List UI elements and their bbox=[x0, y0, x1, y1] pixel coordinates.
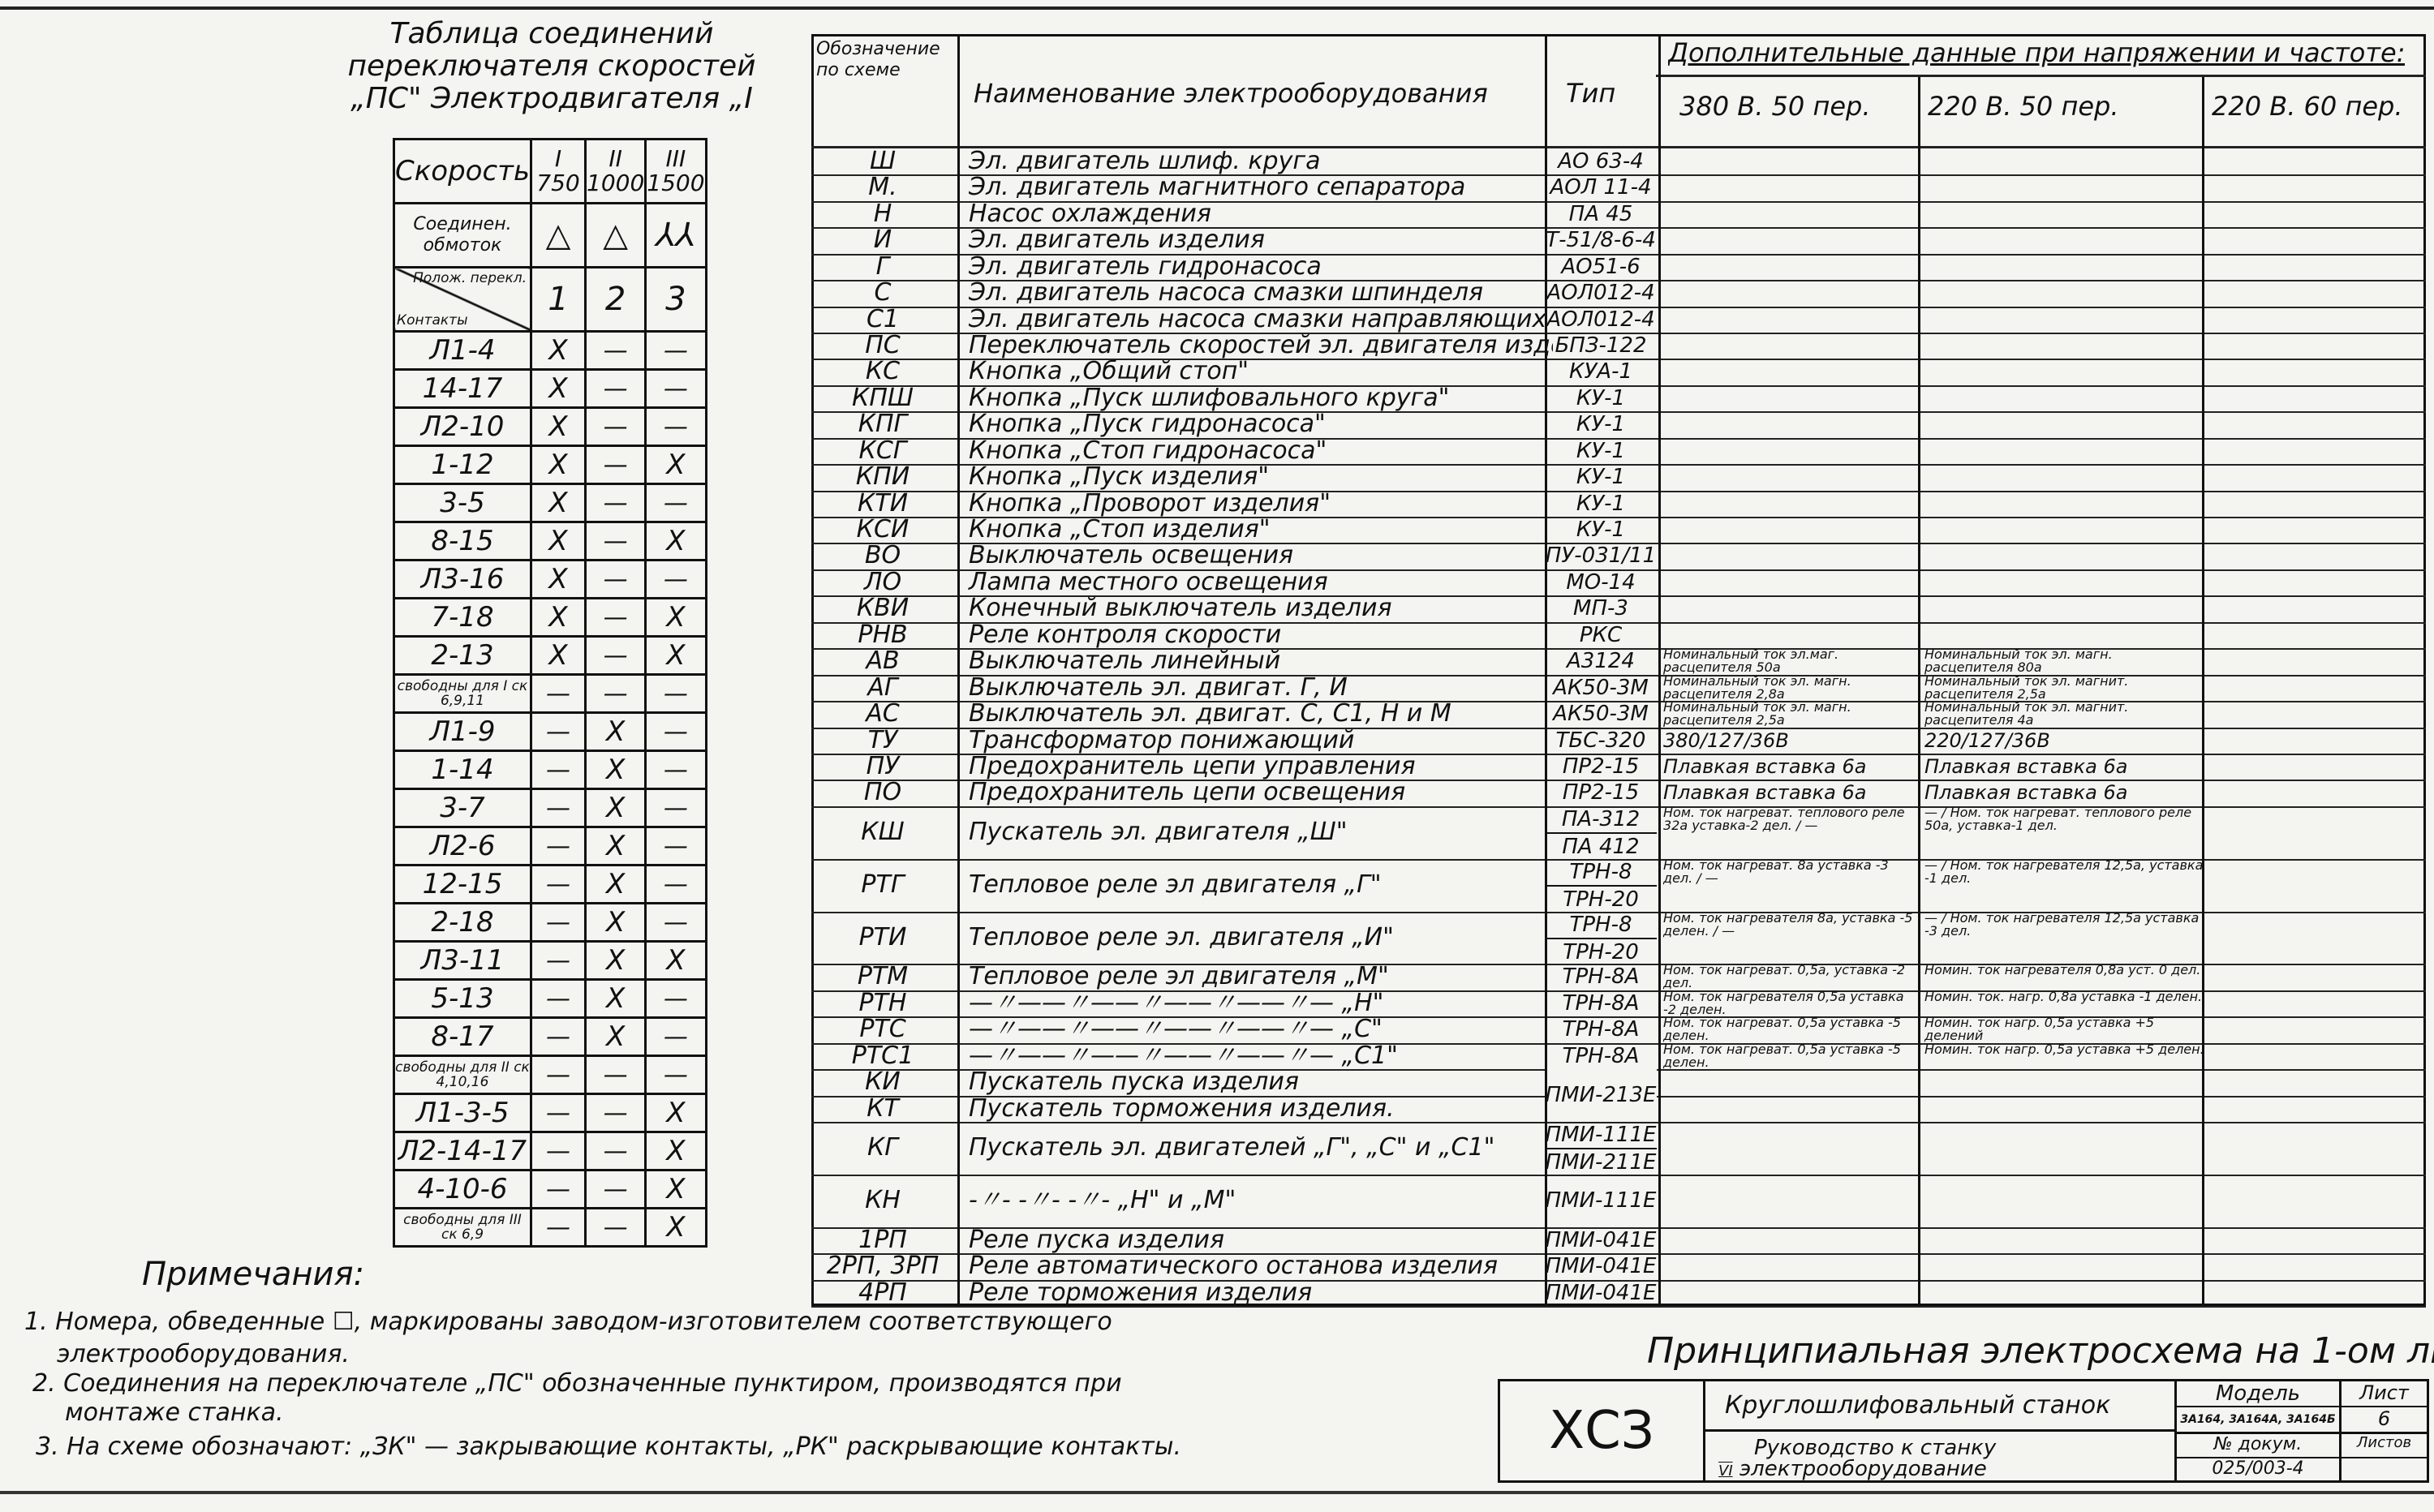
switch-table-title: Таблица соединений переключателя скорост… bbox=[325, 18, 779, 115]
contact-state: X bbox=[531, 599, 586, 637]
section-title: электрооборудование bbox=[1739, 1457, 1987, 1481]
doc-number: 025/003-4 bbox=[2177, 1458, 2339, 1480]
contact-pair: 4-10-6 bbox=[394, 1171, 531, 1209]
contact-state: — bbox=[646, 675, 706, 713]
equipment-type: ПМИ-041Е bbox=[1545, 1253, 1657, 1279]
contacts-label: Контакты bbox=[397, 312, 468, 329]
winding-label: Соединен. обмоток bbox=[394, 204, 531, 268]
equipment-type: ПМИ-041Е bbox=[1545, 1280, 1657, 1306]
contact-row: 3-7—X— bbox=[394, 789, 707, 827]
designation: ВО bbox=[811, 543, 954, 569]
contact-row: 14-17X—— bbox=[394, 370, 707, 408]
contact-row: 7-18X—X bbox=[394, 599, 707, 637]
title-line: Таблица соединений bbox=[325, 18, 779, 50]
equipment-name: Реле пуска изделия bbox=[959, 1227, 1553, 1253]
designation: РТИ bbox=[811, 912, 954, 964]
header-220-50: 220 В. 50 пер. bbox=[1928, 91, 2119, 122]
equipment-type: ПМИ-111Е bbox=[1545, 1175, 1657, 1227]
contact-state: — bbox=[646, 866, 706, 904]
designation: КШ bbox=[811, 806, 954, 859]
equipment-type: ПМИ-111Е bbox=[1545, 1122, 1657, 1148]
note-item: 3. На схеме обозначают: „ЗК" — закрывающ… bbox=[36, 1433, 1181, 1461]
designation: РТГ bbox=[811, 859, 954, 912]
contact-state: — bbox=[531, 751, 586, 789]
equipment-name: Пускатель эл. двигателей „Г", „С" и „С1" bbox=[959, 1122, 1553, 1175]
model-value: 3А164, 3А164А, 3А164Б bbox=[2177, 1407, 2339, 1434]
contact-row: свободны для III ск 6,9——X bbox=[394, 1209, 707, 1247]
contact-state: — bbox=[531, 1056, 586, 1094]
designation: КСГ bbox=[811, 438, 954, 464]
contact-state: — bbox=[586, 1209, 646, 1247]
contact-pair: 2-18 bbox=[394, 904, 531, 942]
equipment-name: Насос охлаждения bbox=[959, 201, 1553, 227]
switch-position: 1 bbox=[531, 268, 586, 332]
speed-cell: I750 bbox=[531, 140, 586, 204]
contact-state: — bbox=[646, 713, 706, 751]
contact-row: Л1-4X—— bbox=[394, 332, 707, 370]
equipment-type: ПА 412 bbox=[1545, 832, 1657, 860]
sheet-label: Лист bbox=[2342, 1381, 2427, 1407]
contact-state: — bbox=[646, 332, 706, 370]
equipment-type: АОЛ012-4 bbox=[1545, 280, 1657, 306]
speed-rpm: 750 bbox=[532, 171, 584, 195]
contact-state: — bbox=[531, 1209, 586, 1247]
contact-pair: 8-17 bbox=[394, 1018, 531, 1056]
drawing-sheet: Таблица соединений переключателя скорост… bbox=[0, 0, 2434, 1512]
designation: КПГ bbox=[811, 411, 954, 437]
equipment-name: Выключатель эл. двигат. С, С1, Н и М bbox=[959, 701, 1553, 727]
column-divider bbox=[1658, 34, 1661, 1306]
data-380v-50hz: Плавкая вставка 6а bbox=[1660, 780, 1916, 805]
data-220v-50hz: Номин. ток нагр. 0,5а уставка +5 делений bbox=[1921, 1016, 2205, 1042]
equipment-type: ТРН-8А bbox=[1545, 1016, 1657, 1042]
data-220v-50hz: Номин. ток нагревателя 0,8а уст. 0 дел. bbox=[1921, 964, 2205, 990]
data-380v-50hz: Плавкая вставка 6а bbox=[1660, 754, 1916, 780]
contact-state: X bbox=[531, 522, 586, 561]
title-line: переключателя скоростей bbox=[325, 50, 779, 83]
speed-label: Скорость bbox=[394, 140, 531, 204]
winding-symbol: ⅄⅄ bbox=[646, 204, 706, 268]
equipment-name: Кнопка „Стоп изделия" bbox=[959, 517, 1553, 543]
equipment-name: Переключатель скоростей эл. двигателя из… bbox=[959, 333, 1553, 359]
equipment-type: КУА-1 bbox=[1545, 359, 1657, 384]
contact-pair: 1-14 bbox=[394, 751, 531, 789]
equipment-name: —〃——〃——〃——〃——〃— „С1" bbox=[959, 1043, 1553, 1069]
contact-row: Л3-11—XX bbox=[394, 942, 707, 980]
note-item: 1. Номера, обведенные ☐, маркированы зав… bbox=[24, 1308, 1112, 1336]
equipment-name: Трансформатор понижающий bbox=[959, 728, 1553, 754]
designation: КТ bbox=[811, 1096, 954, 1122]
equipment-name: -〃- -〃- -〃- „Н" и „М" bbox=[959, 1175, 1553, 1227]
equipment-type: КУ-1 bbox=[1545, 464, 1657, 490]
note-item: монтаже станка. bbox=[65, 1398, 284, 1427]
contact-row: 1-12X—X bbox=[394, 446, 707, 484]
contact-state: — bbox=[646, 980, 706, 1018]
designation: РНВ bbox=[811, 622, 954, 648]
contact-state: X bbox=[586, 751, 646, 789]
data-220v-50hz: Номин. ток нагр. 0,5а уставка +5 делен. bbox=[1921, 1043, 2205, 1069]
contact-state: — bbox=[586, 446, 646, 484]
equipment-name: Эл. двигатель изделия bbox=[959, 227, 1553, 253]
contact-state: — bbox=[531, 675, 586, 713]
equipment-name: Выключатель эл. двигат. Г, И bbox=[959, 675, 1553, 701]
contact-row: Л3-16X—— bbox=[394, 561, 707, 599]
designation: ПО bbox=[811, 780, 954, 805]
contact-state: X bbox=[586, 866, 646, 904]
sheets-label: Листов bbox=[2342, 1434, 2427, 1458]
contact-row: Л2-6—X— bbox=[394, 827, 707, 866]
equipment-name: Кнопка „Общий стоп" bbox=[959, 359, 1553, 384]
contact-state: — bbox=[646, 751, 706, 789]
contact-row: 12-15—X— bbox=[394, 866, 707, 904]
equipment-type: АК50-3М bbox=[1545, 701, 1657, 727]
contact-state: — bbox=[531, 942, 586, 980]
contact-row: 8-15X—X bbox=[394, 522, 707, 561]
contact-state: — bbox=[646, 408, 706, 446]
equipment-name: Предохранитель цепи управления bbox=[959, 754, 1553, 780]
designation: РТС bbox=[811, 1016, 954, 1042]
contact-state: — bbox=[586, 370, 646, 408]
speed-cell: III1500 bbox=[646, 140, 706, 204]
contact-state: — bbox=[646, 561, 706, 599]
data-220v-50hz: Номинальный ток эл. магнит. расцепителя … bbox=[1921, 675, 2205, 701]
section-numeral: VI bbox=[1718, 1463, 1733, 1480]
contact-state: — bbox=[646, 904, 706, 942]
contact-state: — bbox=[646, 484, 706, 522]
equipment-name: —〃——〃——〃——〃——〃— „Н" bbox=[959, 990, 1553, 1016]
equipment-type: ТРН-8 bbox=[1545, 912, 1657, 938]
equipment-name: Предохранитель цепи освещения bbox=[959, 780, 1553, 805]
title-line: „ПС" Электродвигателя „I bbox=[325, 83, 779, 115]
designation: ЛО bbox=[811, 569, 954, 595]
equipment-name: Реле торможения изделия bbox=[959, 1280, 1553, 1306]
equipment-name: Реле контроля скорости bbox=[959, 622, 1553, 648]
contact-pair: Л1-9 bbox=[394, 713, 531, 751]
contact-row: 5-13—X— bbox=[394, 980, 707, 1018]
contact-state: — bbox=[586, 675, 646, 713]
speed-rpm: 1500 bbox=[647, 171, 704, 195]
equipment-type: ПР2-15 bbox=[1545, 754, 1657, 780]
winding-row: Соединен. обмоток△△⅄⅄ bbox=[394, 204, 707, 268]
contact-state: — bbox=[531, 904, 586, 942]
equipment-name: Пускатель торможения изделия. bbox=[959, 1096, 1553, 1122]
contact-state: — bbox=[586, 408, 646, 446]
speed-rpm: 1000 bbox=[587, 171, 644, 195]
top-border bbox=[0, 6, 2434, 10]
manual-section: Руководство к станку VI электрооборудова… bbox=[1705, 1434, 2174, 1480]
designation: Ш bbox=[811, 148, 954, 174]
data-220v-50hz: — / Ном. ток нагревателя 12,5а уставка -… bbox=[1921, 912, 2205, 964]
contact-state: X bbox=[646, 1171, 706, 1209]
equipment-type: МО-14 bbox=[1545, 569, 1657, 595]
contact-pair: 3-7 bbox=[394, 789, 531, 827]
contact-state: — bbox=[531, 1018, 586, 1056]
contact-state: — bbox=[646, 1018, 706, 1056]
contact-state: X bbox=[586, 980, 646, 1018]
designation: РТМ bbox=[811, 964, 954, 990]
contact-state: X bbox=[646, 1209, 706, 1247]
contact-state: — bbox=[586, 522, 646, 561]
contact-state: X bbox=[586, 713, 646, 751]
manual-title: Руководство к станку bbox=[1754, 1437, 2174, 1458]
position-contact-header: Полож. перекл.Контакты bbox=[394, 268, 531, 332]
equipment-name: Эл. двигатель насоса смазки направляющих bbox=[959, 307, 1553, 333]
contact-state: X bbox=[531, 370, 586, 408]
contact-state: — bbox=[531, 1094, 586, 1132]
equipment-name: Эл. двигатель гидронасоса bbox=[959, 254, 1553, 280]
equipment-type: ТБС-320 bbox=[1545, 728, 1657, 754]
contact-row: Л1-3-5——X bbox=[394, 1094, 707, 1132]
contact-state: — bbox=[531, 827, 586, 866]
equipment-type: БПЗ-122 bbox=[1545, 333, 1657, 359]
designation: Н bbox=[811, 201, 954, 227]
equipment-type: КУ-1 bbox=[1545, 385, 1657, 411]
contact-state: X bbox=[531, 446, 586, 484]
designation: КПИ bbox=[811, 464, 954, 490]
equipment-type: ПМИ-041Е bbox=[1545, 1227, 1657, 1253]
equipment-type: ПМИ-213Е bbox=[1545, 1069, 1657, 1122]
contact-state: X bbox=[646, 1132, 706, 1171]
designation: КВИ bbox=[811, 595, 954, 621]
equipment-name: —〃——〃——〃——〃——〃— „С" bbox=[959, 1016, 1553, 1042]
contact-pair: Л3-11 bbox=[394, 942, 531, 980]
contact-pair: Л3-16 bbox=[394, 561, 531, 599]
data-220v-50hz: — / Ном. ток нагреват. теплового реле 50… bbox=[1921, 806, 2205, 859]
contact-row: Л1-9—X— bbox=[394, 713, 707, 751]
data-380v-50hz: Ном. ток нагреват. 0,5а уставка -5 делен… bbox=[1660, 1043, 1916, 1069]
equipment-name: Кнопка „Пуск шлифовального круга" bbox=[959, 385, 1553, 411]
contact-pair: Л2-14-17 bbox=[394, 1132, 531, 1171]
equipment-name: Выключатель освещения bbox=[959, 543, 1553, 569]
title-block: ХСЗ Круглошлифовальный станок Руководств… bbox=[1498, 1379, 2429, 1483]
header-subdivider bbox=[1656, 75, 2426, 77]
note-item: электрооборудования. bbox=[57, 1340, 350, 1368]
switch-connection-table: СкоростьI750II1000III1500Соединен. обмот… bbox=[393, 138, 707, 1248]
data-220v-50hz: — / Ном. ток нагревателя 12,5а, уставка … bbox=[1921, 859, 2205, 912]
designation: КТИ bbox=[811, 491, 954, 517]
data-380v-50hz: 380/127/36В bbox=[1660, 728, 1916, 754]
contact-state: — bbox=[531, 789, 586, 827]
contact-pair: 14-17 bbox=[394, 370, 531, 408]
designation: КИ bbox=[811, 1069, 954, 1095]
data-380v-50hz: Номинальный ток эл.маг. расцепителя 50а bbox=[1660, 648, 1916, 674]
designation: М. bbox=[811, 174, 954, 200]
designation: КГ bbox=[811, 1122, 954, 1175]
equipment-type: КУ-1 bbox=[1545, 438, 1657, 464]
equipment-type: Т-51/8-6-4 bbox=[1545, 227, 1657, 253]
equipment-type: АК50-3М bbox=[1545, 675, 1657, 701]
contact-pair: 3-5 bbox=[394, 484, 531, 522]
speed-roman: II bbox=[587, 147, 644, 171]
contact-row: 2-13X—X bbox=[394, 637, 707, 675]
contact-state: — bbox=[646, 1056, 706, 1094]
speed-row: СкоростьI750II1000III1500 bbox=[394, 140, 707, 204]
equipment-type: КУ-1 bbox=[1545, 517, 1657, 543]
contact-state: X bbox=[646, 446, 706, 484]
contact-state: — bbox=[586, 1171, 646, 1209]
equipment-name: Кнопка „Стоп гидронасоса" bbox=[959, 438, 1553, 464]
equipment-type: ТРН-20 bbox=[1545, 938, 1657, 965]
equipment-type: ТРН-8А bbox=[1545, 990, 1657, 1016]
contact-state: — bbox=[646, 789, 706, 827]
data-380v-50hz: Номинальный ток эл. магн. расцепителя 2,… bbox=[1660, 675, 1916, 701]
speed-roman: III bbox=[647, 147, 704, 171]
data-220v-50hz: Номинальный ток эл. магн. расцепителя 80… bbox=[1921, 648, 2205, 674]
equipment-name: Пускатель пуска изделия bbox=[959, 1069, 1553, 1095]
designation: ТУ bbox=[811, 728, 954, 754]
equipment-type: ПА 45 bbox=[1545, 201, 1657, 227]
switch-position: 2 bbox=[586, 268, 646, 332]
designation: 4РП bbox=[811, 1280, 954, 1306]
data-380v-50hz: Ном. ток нагреват. теплового реле 32а ус… bbox=[1660, 806, 1916, 859]
machine-name: Круглошлифовальный станок bbox=[1705, 1381, 2174, 1432]
contact-pair: свободны для I ск 6,9,11 bbox=[394, 675, 531, 713]
contact-pair: 5-13 bbox=[394, 980, 531, 1018]
designation: АГ bbox=[811, 675, 954, 701]
winding-symbol: △ bbox=[531, 204, 586, 268]
designation: Г bbox=[811, 254, 954, 280]
designation: КСИ bbox=[811, 517, 954, 543]
contact-state: — bbox=[586, 1094, 646, 1132]
column-divider bbox=[1545, 34, 1547, 1306]
equipment-type: РКС bbox=[1545, 622, 1657, 648]
contact-state: X bbox=[531, 408, 586, 446]
column-divider bbox=[957, 34, 960, 1306]
contact-state: — bbox=[531, 1171, 586, 1209]
data-380v-50hz: Ном. ток нагреват. 0,5а, уставка -2 дел. bbox=[1660, 964, 1916, 990]
equipment-type: КУ-1 bbox=[1545, 411, 1657, 437]
data-220v-50hz: Номин. ток. нагр. 0,8а уставка -1 делен. bbox=[1921, 990, 2205, 1016]
contact-state: — bbox=[586, 561, 646, 599]
data-220v-50hz: Плавкая вставка 6а bbox=[1921, 780, 2205, 805]
contact-pair: 8-15 bbox=[394, 522, 531, 561]
equipment-type: ПУ-031/11 bbox=[1545, 543, 1657, 569]
contact-state: X bbox=[646, 637, 706, 675]
contact-pair: свободны для III ск 6,9 bbox=[394, 1209, 531, 1247]
contact-row: 2-18—X— bbox=[394, 904, 707, 942]
contact-row: Л2-10X—— bbox=[394, 408, 707, 446]
notes-title: Примечания: bbox=[142, 1256, 364, 1293]
column-divider bbox=[1918, 77, 1920, 1306]
position-row: Полож. перекл.Контакты123 bbox=[394, 268, 707, 332]
contact-state: X bbox=[646, 522, 706, 561]
header-220-60: 220 В. 60 пер. bbox=[2212, 91, 2403, 122]
model-label: Модель bbox=[2177, 1381, 2339, 1407]
contact-row: 3-5X—— bbox=[394, 484, 707, 522]
contact-pair: 7-18 bbox=[394, 599, 531, 637]
contact-state: X bbox=[586, 827, 646, 866]
header-designation: Обозначение по схеме bbox=[816, 39, 954, 81]
equipment-type: ПМИ-211Е bbox=[1545, 1148, 1657, 1175]
contact-pair: Л1-4 bbox=[394, 332, 531, 370]
contact-state: X bbox=[531, 332, 586, 370]
contact-state: — bbox=[531, 713, 586, 751]
contact-state: — bbox=[646, 827, 706, 866]
contact-state: — bbox=[586, 599, 646, 637]
data-380v-50hz: Ном. ток нагреват. 0,5а уставка -5 делен… bbox=[1660, 1016, 1916, 1042]
contact-state: — bbox=[646, 370, 706, 408]
contact-state: X bbox=[586, 789, 646, 827]
winding-symbol: △ bbox=[586, 204, 646, 268]
equipment-name: Реле автоматического останова изделия bbox=[959, 1253, 1553, 1279]
equipment-name: Конечный выключатель изделия bbox=[959, 595, 1553, 621]
contact-state: X bbox=[531, 484, 586, 522]
contact-row: свободны для I ск 6,9,11——— bbox=[394, 675, 707, 713]
equipment-type: АО51-6 bbox=[1545, 254, 1657, 280]
header-type: Тип bbox=[1566, 78, 1615, 109]
designation: АВ bbox=[811, 648, 954, 674]
header-380-50: 380 В. 50 пер. bbox=[1679, 91, 1871, 122]
contact-state: X bbox=[586, 904, 646, 942]
doc-label: № докум. bbox=[2177, 1434, 2339, 1458]
contact-state: X bbox=[646, 599, 706, 637]
equipment-name: Кнопка „Пуск гидронасоса" bbox=[959, 411, 1553, 437]
designation: И bbox=[811, 227, 954, 253]
contact-row: Л2-14-17——X bbox=[394, 1132, 707, 1171]
equipment-type: А3124 bbox=[1545, 648, 1657, 674]
equipment-type: АОЛ012-4 bbox=[1545, 307, 1657, 333]
designation: С bbox=[811, 280, 954, 306]
contact-pair: Л2-10 bbox=[394, 408, 531, 446]
equipment-name: Лампа местного освещения bbox=[959, 569, 1553, 595]
designation: АС bbox=[811, 701, 954, 727]
data-380v-50hz: Ном. ток нагревателя 8а, уставка -5 деле… bbox=[1660, 912, 1916, 964]
equipment-type: ТРН-8 bbox=[1545, 859, 1657, 885]
equipment-table: Обозначение по схемеНаименование электро… bbox=[811, 34, 2426, 1306]
equipment-type: КУ-1 bbox=[1545, 491, 1657, 517]
column-divider bbox=[2202, 77, 2204, 1306]
data-380v-50hz: Ном. ток нагревателя 0,5а уставка -2 дел… bbox=[1660, 990, 1916, 1016]
contact-state: — bbox=[531, 980, 586, 1018]
equipment-type: ТРН-20 bbox=[1545, 885, 1657, 913]
equipment-type: АОЛ 11-4 bbox=[1545, 174, 1657, 200]
equipment-name: Эл. двигатель магнитного сепаратора bbox=[959, 174, 1553, 200]
data-380v-50hz: Номинальный ток эл. магн. расцепителя 2,… bbox=[1660, 701, 1916, 727]
equipment-type: ТРН-8А bbox=[1545, 1043, 1657, 1069]
drawing-code: ХСЗ bbox=[1500, 1381, 1705, 1480]
contact-state: X bbox=[646, 942, 706, 980]
speed-roman: I bbox=[532, 147, 584, 171]
equipment-type: МП-3 bbox=[1545, 595, 1657, 621]
equipment-name: Кнопка „Пуск изделия" bbox=[959, 464, 1553, 490]
contact-state: — bbox=[586, 1132, 646, 1171]
contact-pair: 1-12 bbox=[394, 446, 531, 484]
note-item: 2. Соединения на переключателе „ПС" обоз… bbox=[32, 1369, 1122, 1398]
contact-state: X bbox=[586, 1018, 646, 1056]
contact-pair: 12-15 bbox=[394, 866, 531, 904]
contact-pair: 2-13 bbox=[394, 637, 531, 675]
contact-row: 4-10-6——X bbox=[394, 1171, 707, 1209]
drawing-heading: Принципиальная электросхема на 1-ом лист… bbox=[1647, 1330, 2434, 1372]
equipment-name: Выключатель линейный bbox=[959, 648, 1553, 674]
designation: РТН bbox=[811, 990, 954, 1016]
contact-state: — bbox=[586, 484, 646, 522]
contact-pair: свободны для II ск 4,10,16 bbox=[394, 1056, 531, 1094]
contact-pair: Л1-3-5 bbox=[394, 1094, 531, 1132]
equipment-name: Кнопка „Проворот изделия" bbox=[959, 491, 1553, 517]
equipment-name: Тепловое реле эл. двигателя „И" bbox=[959, 912, 1553, 964]
equipment-name: Тепловое реле эл двигателя „М" bbox=[959, 964, 1553, 990]
contact-row: 8-17—X— bbox=[394, 1018, 707, 1056]
designation: 1РП bbox=[811, 1227, 954, 1253]
bottom-border bbox=[0, 1491, 2434, 1494]
equipment-name: Пускатель эл. двигателя „Ш" bbox=[959, 806, 1553, 859]
contact-state: X bbox=[531, 637, 586, 675]
switch-position: 3 bbox=[646, 268, 706, 332]
contact-state: X bbox=[531, 561, 586, 599]
equipment-type: ПР2-15 bbox=[1545, 780, 1657, 805]
designation: 2РП, 3РП bbox=[811, 1253, 954, 1279]
